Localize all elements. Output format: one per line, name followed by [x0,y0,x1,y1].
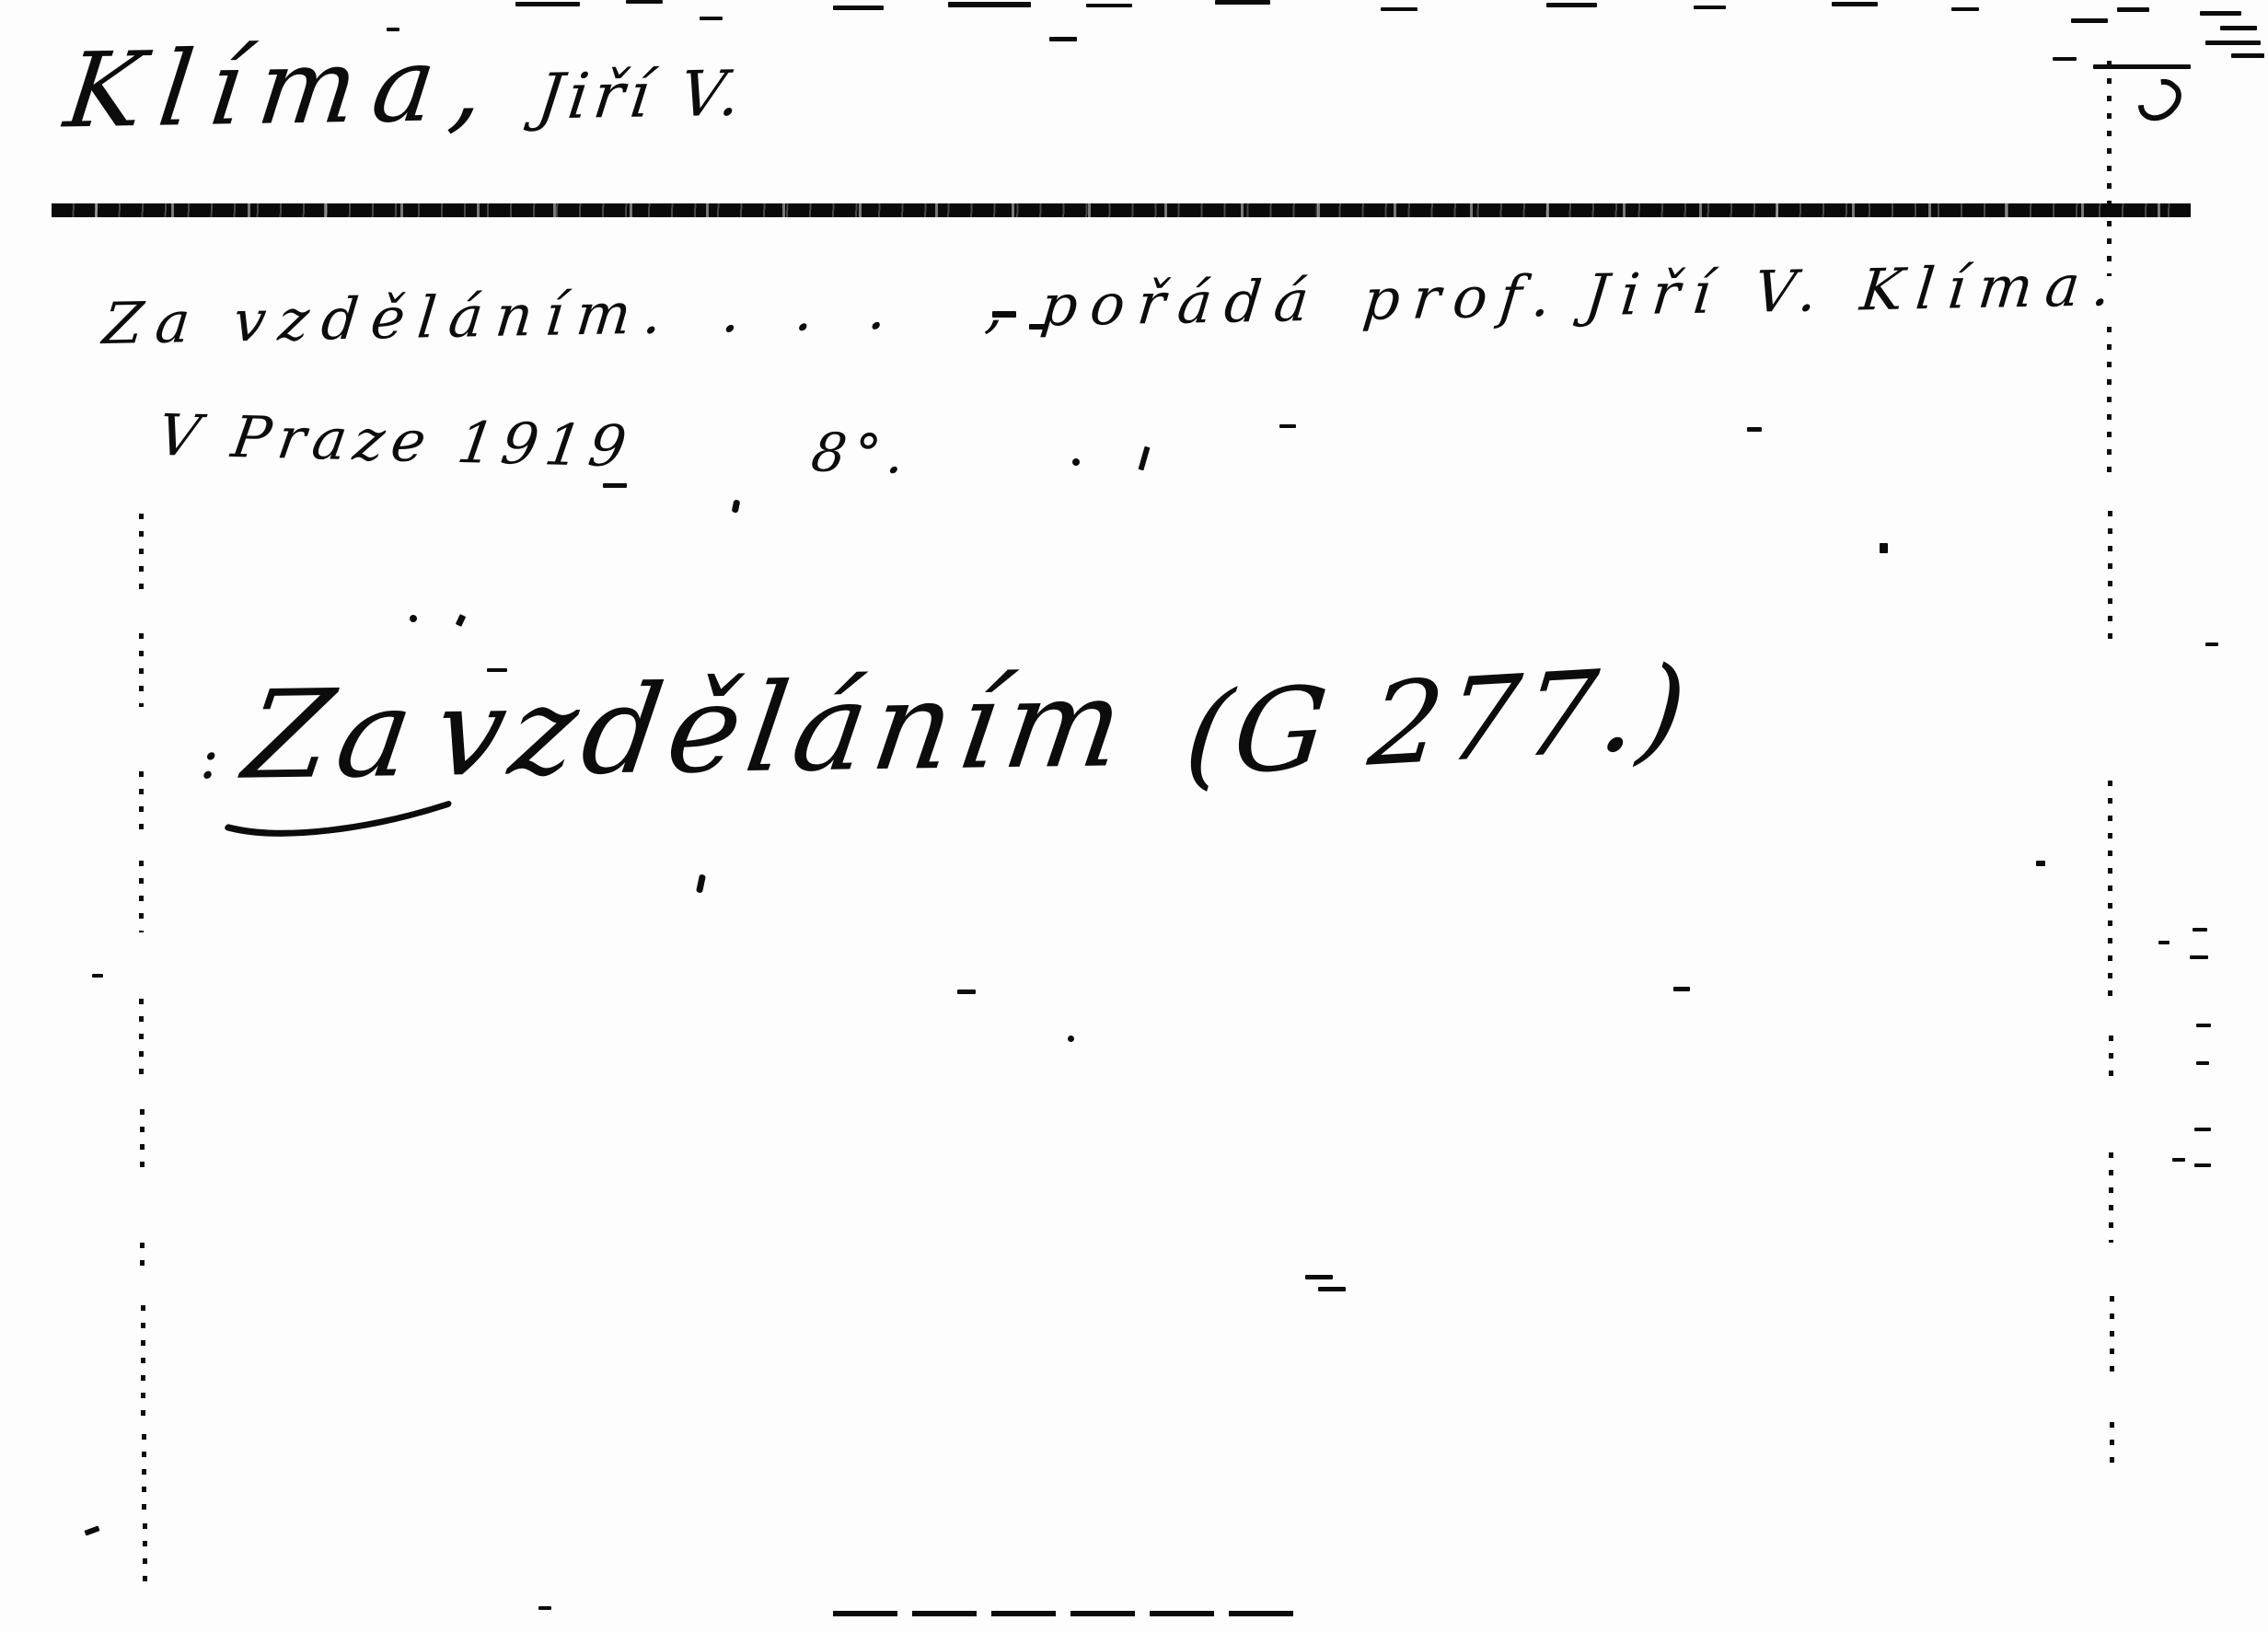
noise-speck [992,311,1016,318]
noise-speck [538,1606,551,1610]
circle-scribble-mark [2131,71,2189,130]
professor-abbreviation: prof. [1360,262,1568,333]
author-heading: Klíma, Jiří V. [65,20,746,152]
noise-speck [2200,11,2241,16]
noise-speck [1305,1275,1333,1279]
noise-speck [2194,1128,2211,1131]
noise-speck [2172,1158,2185,1162]
noise-speck [2231,53,2264,58]
noise-speck [456,614,466,627]
noise-speck [1880,543,1888,553]
noise-speck [1072,458,1080,466]
noise-speck [2196,1061,2209,1065]
imprint-line: V Praze 1919 8°. [154,401,917,487]
noise-speck [515,2,580,6]
left-margin-dotted-rule [143,1523,147,1590]
responsible-author-name: Jiří V. Klíma. [1582,251,2127,329]
right-margin-dotted-rule [2109,1036,2113,1080]
left-margin-dotted-rule [139,771,144,840]
noise-speck [1546,3,1597,7]
noise-speck [1381,7,1417,11]
noise-speck [948,2,1031,7]
noise-speck [1049,37,1077,41]
noise-speck [1832,2,1878,6]
bottom-edge-broken-line [833,1611,1307,1616]
title-text: Za vzděláním. [99,279,677,357]
shelfmark: (G 277.) [1179,642,1695,803]
noise-speck [603,483,627,488]
right-margin-dotted-rule [2107,221,2112,276]
noise-speck [2205,41,2261,45]
left-margin-dotted-rule [140,1109,145,1175]
noise-speck [2194,1163,2211,1167]
statement-of-responsibility: pořádá [1037,267,1325,340]
noise-speck [1318,1287,1346,1291]
right-margin-dotted-rule [2108,511,2112,649]
uniform-title-underlined-word: Za [237,663,429,807]
title-statement-line: Za vzděláním. . . . , pořádá prof. Jiří … [99,251,2126,357]
right-margin-dotted-rule [2107,61,2112,203]
uniform-title-line: : Za vzděláním (G 277.) [198,645,1688,808]
right-margin-dotted-rule [2107,327,2112,479]
noise-speck [2220,26,2257,30]
noise-speck [626,0,663,4]
left-margin-dotted-rule [139,861,144,932]
right-margin-dotted-rule [2110,1422,2114,1473]
noise-speck [2071,18,2108,23]
noise-speck [1139,446,1151,471]
noise-speck [732,499,741,513]
noise-speck [2117,7,2149,12]
catalog-card: Klíma, Jiří V. Za vzděláním. . . . , poř… [0,0,2268,1632]
left-margin-dotted-rule [139,999,144,1074]
noise-speck [1673,987,1690,991]
underlined-word-text: Za [237,663,429,807]
noise-speck [487,668,507,672]
right-margin-dotted-rule [2109,1152,2113,1243]
noise-speck [1694,6,1726,9]
left-margin-dotted-rule [141,1305,145,1420]
left-margin-dotted-rule [140,1243,145,1268]
noise-speck [387,28,399,31]
author-given-names: Jiří V. [533,57,749,133]
left-margin-dotted-rule [139,633,144,707]
noise-speck [1747,427,1762,432]
noise-speck [1086,4,1132,7]
noise-speck [2053,57,2077,61]
left-margin-dotted-rule [139,514,144,601]
noise-speck [2196,1024,2211,1027]
uniform-title-rest: vzděláním [426,653,1139,804]
left-margin-dotted-rule [142,1434,146,1512]
noise-speck [696,874,706,893]
noise-speck [2158,941,2170,944]
noise-speck [957,990,976,994]
underline-flourish [223,798,453,838]
noise-speck [2190,955,2208,959]
noise-speck [92,974,103,978]
noise-speck [2205,642,2218,646]
noise-speck [700,17,723,20]
noise-speck [410,615,417,622]
noise-speck [2036,861,2045,866]
noise-speck [1279,424,1296,428]
noise-speck [1029,324,1047,330]
heading-divider-rule [52,203,2191,217]
noise-speck [2193,928,2207,932]
title-ellipsis: . . . [719,274,908,345]
publication-place-year: V Praze 1919 [154,401,638,480]
noise-speck [2093,64,2191,69]
right-margin-dotted-rule [2110,1296,2114,1381]
noise-speck [833,6,884,10]
right-margin-dotted-rule [2108,781,2112,1006]
comma-mark: , [983,272,1021,341]
noise-speck [1215,0,1270,5]
noise-speck [1951,7,1979,11]
book-format: 8°. [807,421,916,485]
noise-speck [1068,1036,1074,1042]
noise-speck [84,1525,99,1535]
author-surname: Klíma, [59,24,508,152]
colon-mark: : [199,724,220,793]
